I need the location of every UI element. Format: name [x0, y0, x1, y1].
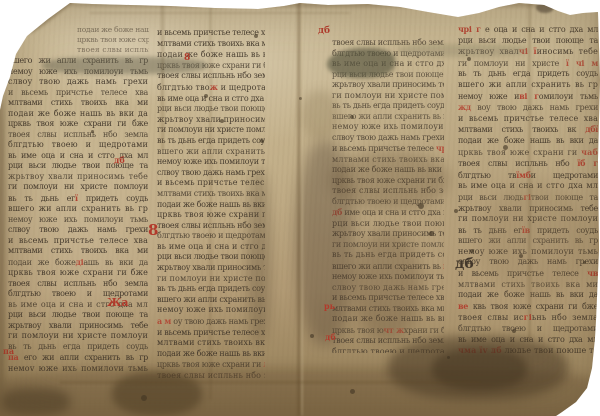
rubric-initial: Жа: [107, 297, 129, 308]
rubric-mark-layer: дб88Жадбпарьдбдб: [0, 0, 600, 416]
rubric-initial: 8: [184, 54, 190, 63]
rubric-initial: рь: [324, 302, 335, 310]
rubric-initial: па: [3, 347, 14, 355]
parchment-sheet: подаи же боже нашь вь вки дацрквь твоя ю…: [0, 0, 600, 416]
rubric-initial: дб: [325, 333, 336, 341]
rubric-initial: дб: [318, 27, 330, 36]
rubric-initial: дб: [114, 156, 125, 164]
rubric-initial: дб: [455, 257, 474, 271]
rubric-initial: 8: [148, 223, 158, 238]
